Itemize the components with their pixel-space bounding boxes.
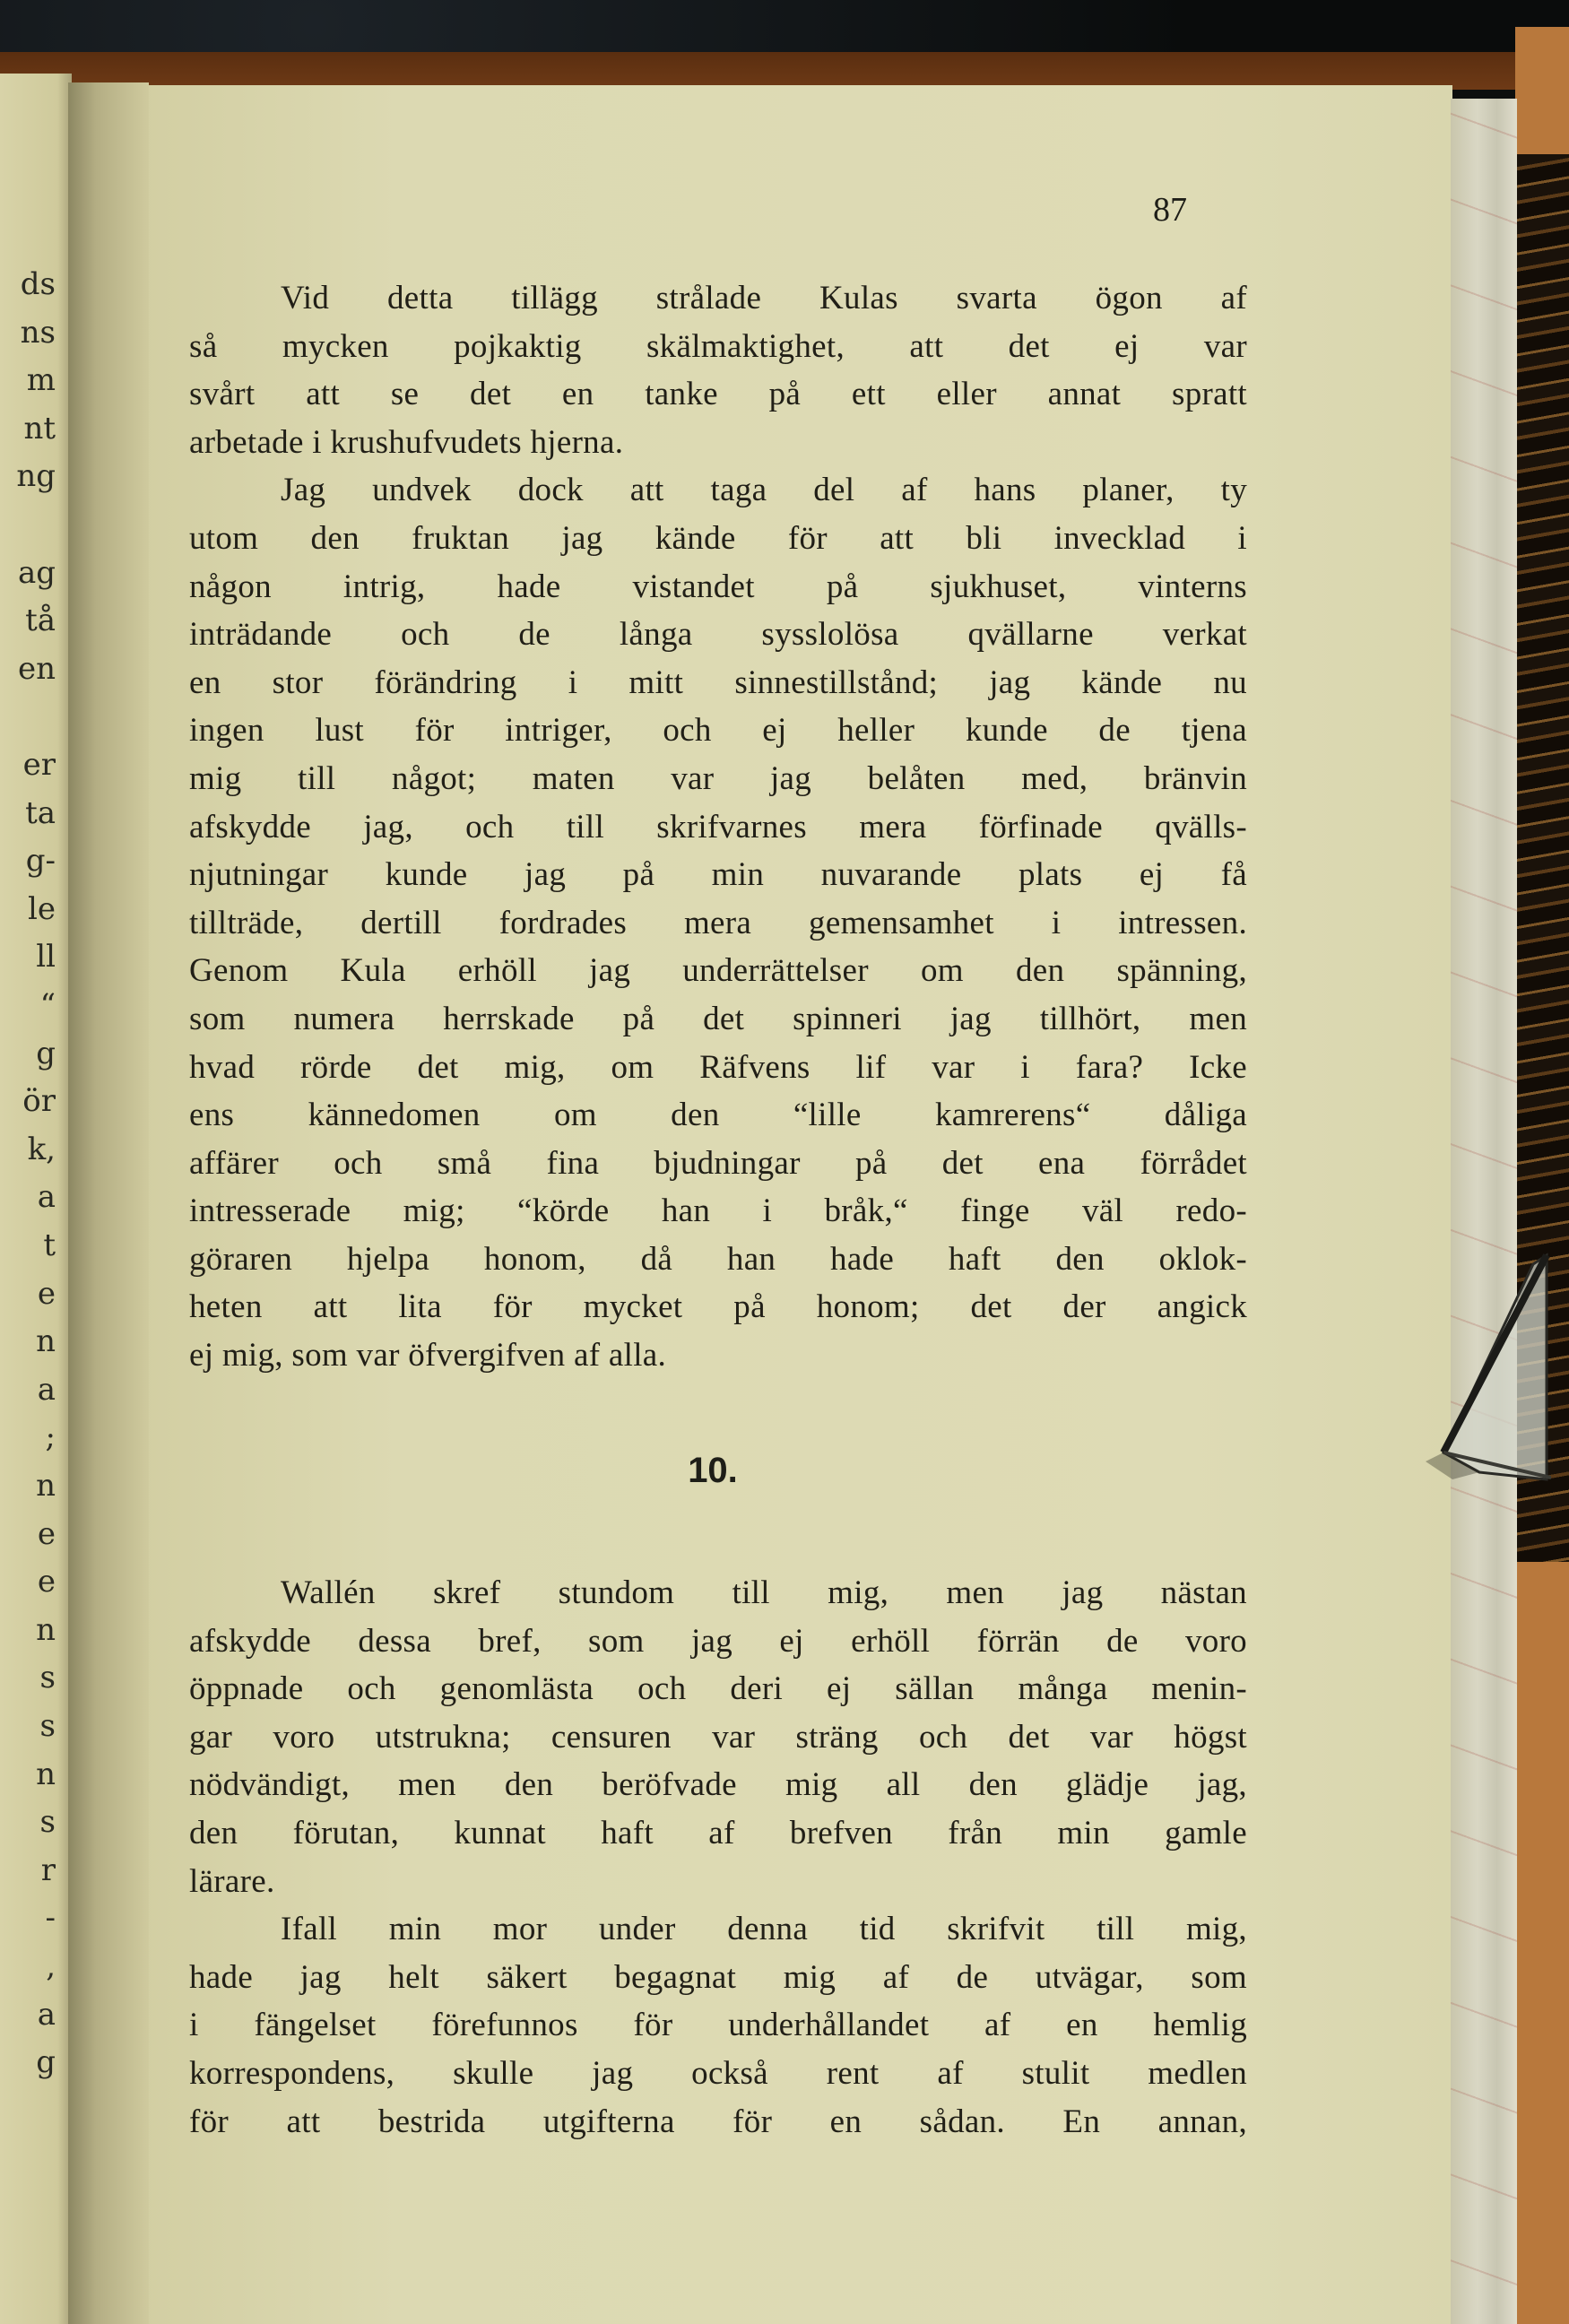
previous-page-fragment: n [0, 1326, 56, 1357]
text-line: någon intrig, hade vistandet på sjukhuse… [189, 563, 1247, 611]
previous-page-fragment: ll [0, 941, 56, 972]
previous-page-fragment: e [0, 1566, 56, 1597]
previous-page-fragment: nt [0, 413, 56, 444]
text-line: ingen lust för intriger, och ej heller k… [189, 707, 1247, 755]
previous-page-fragment: n [0, 1615, 56, 1645]
text-line: öppnade och genomlästa och deri ej sälla… [189, 1665, 1247, 1713]
text-line: lärare. [189, 1858, 1247, 1906]
page-gutter-shadow [68, 82, 149, 2324]
previous-page-fragment: g [0, 2047, 56, 2077]
previous-page-fragment: a [0, 1374, 56, 1405]
previous-page-fragment: le [0, 894, 56, 924]
text-line: intresserade mig; “körde han i bråk,“ fi… [189, 1187, 1247, 1236]
text-line: för att bestrida utgifterna för en sådan… [189, 2098, 1247, 2146]
section-1-text: Vid detta tillägg strålade Kulas svarta … [189, 274, 1247, 1380]
text-line: så mycken pojkaktig skälmaktighet, att d… [189, 323, 1247, 371]
previous-page-fragment: g- [0, 845, 56, 876]
previous-page-fragment: ta [0, 798, 56, 828]
previous-page-fragment: r [0, 1855, 56, 1886]
previous-page-fragment: en [0, 654, 56, 684]
previous-page-fragment: e [0, 1519, 56, 1549]
text-line: Genom Kula erhöll jag underrättelser om … [189, 947, 1247, 995]
previous-page-fragment: t [0, 1230, 56, 1261]
text-line: ens kännedomen om den “lille kamrerens“ … [189, 1091, 1247, 1140]
previous-page-fragment: s [0, 1711, 56, 1741]
previous-page-fragment: - [0, 1903, 56, 1933]
text-line: heten att lita för mycket på honom; det … [189, 1283, 1247, 1331]
text-line: Ifall min mor under denna tid skrifvit t… [189, 1905, 1247, 1954]
text-line: Jag undvek dock att taga del af hans pla… [189, 466, 1247, 515]
page-fore-edge [1451, 99, 1517, 2324]
text-line: nödvändigt, men den beröfvade mig all de… [189, 1761, 1247, 1809]
page-number: 87 [1139, 190, 1201, 230]
previous-page-fragment: a [0, 1999, 56, 2030]
text-line: utom den fruktan jag kände för att bli i… [189, 515, 1247, 563]
text-line: gar voro utstrukna; censuren var sträng … [189, 1713, 1247, 1762]
previous-page-fragment: n [0, 1759, 56, 1790]
text-line: ej mig, som var öfvergifven af alla. [189, 1331, 1247, 1380]
text-line: i fängelset förefunnos för underhållande… [189, 2001, 1247, 2050]
book-cover-edge [0, 52, 1569, 90]
previous-page-fragment: , [0, 1951, 56, 1981]
previous-page-fragment: tå [0, 605, 56, 636]
text-line: hade jag helt säkert begagnat mig af de … [189, 1954, 1247, 2002]
previous-page-fragment: e [0, 1279, 56, 1309]
previous-page-fragment: s [0, 1662, 56, 1693]
text-line: Wallén skref stundom till mig, men jag n… [189, 1569, 1247, 1617]
text-line: mig till något; maten var jag belåten me… [189, 755, 1247, 803]
previous-page-fragment: n [0, 1470, 56, 1501]
text-line: inträdande och de långa sysslolösa qväll… [189, 611, 1247, 659]
chapter-heading: 10. [663, 1451, 762, 1491]
text-line: njutningar kunde jag på min nuvarande pl… [189, 851, 1247, 899]
previous-page-fragment: er [0, 750, 56, 780]
previous-page-fragment: s [0, 1807, 56, 1837]
previous-page-fragment: k, [0, 1134, 56, 1165]
text-line: hvad rörde det mig, om Räfvens lif var i… [189, 1044, 1247, 1092]
previous-page-fragment: m [0, 365, 56, 395]
previous-page-fragment: “ [0, 990, 56, 1020]
previous-page-fragment: g [0, 1038, 56, 1069]
section-2-text: Wallén skref stundom till mig, men jag n… [189, 1569, 1247, 2146]
previous-page-fragment: ds [0, 269, 56, 299]
text-line: afskydde dessa bref, som jag ej erhöll f… [189, 1617, 1247, 1666]
previous-page-fragment: ör [0, 1086, 56, 1116]
text-line: Vid detta tillägg strålade Kulas svarta … [189, 274, 1247, 323]
text-line: arbetade i krushufvudets hjerna. [189, 419, 1247, 467]
previous-page-fragment: ; [0, 1422, 56, 1452]
previous-page-fragment: ag [0, 558, 56, 588]
text-line: svårt att se det en tanke på ett eller a… [189, 370, 1247, 419]
previous-page-fragment: ns [0, 317, 56, 348]
previous-page-fragment: a [0, 1182, 56, 1212]
text-line: göraren hjelpa honom, då han hade haft d… [189, 1236, 1247, 1284]
text-line: afskydde jag, och till skrifvarnes mera … [189, 803, 1247, 852]
text-line: den förutan, kunnat haft af brefven från… [189, 1809, 1247, 1858]
text-line: en stor förändring i mitt sinnestillstån… [189, 659, 1247, 707]
text-line: korrespondens, skulle jag också rent af … [189, 2050, 1247, 2098]
text-line: som numera herrskade på det spinneri jag… [189, 995, 1247, 1044]
previous-page-fragment: ng [0, 461, 56, 491]
text-line: affärer och små fina bjudningar på det e… [189, 1140, 1247, 1188]
page-holder-clip-icon [1426, 1237, 1551, 1524]
text-line: tillträde, dertill fordrades mera gemens… [189, 899, 1247, 948]
